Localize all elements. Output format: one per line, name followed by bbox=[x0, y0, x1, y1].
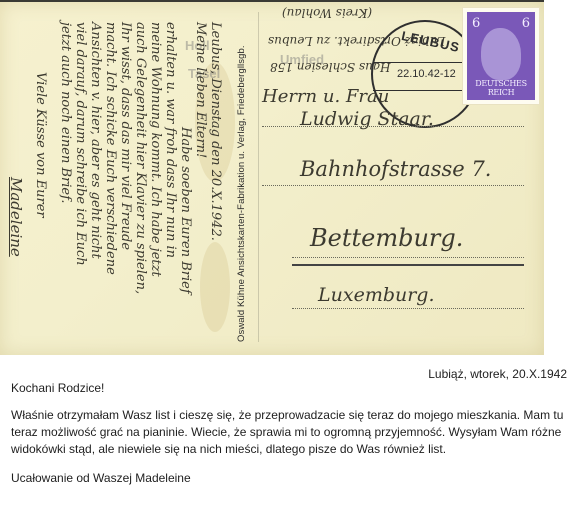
stamp-text: DEUTSCHES REICH bbox=[467, 79, 535, 97]
letter-line: erhalten u. war froh dass Ihr nun in bbox=[163, 22, 178, 258]
letter-line: Ansichten v. hier, aber es geht nicht bbox=[88, 22, 103, 259]
sender-note-line: (Kreis Wohlau) bbox=[282, 6, 372, 20]
transcription-signature: Ucałowanie od Waszej Madeleine bbox=[11, 470, 191, 487]
letter-line: viel darauf, darum schreibe ich Euch bbox=[73, 22, 88, 266]
postmark-band bbox=[373, 62, 477, 63]
page-margin bbox=[544, 0, 579, 353]
letter-signature: Madeleine bbox=[7, 177, 25, 257]
stamp-value: 6 bbox=[522, 16, 530, 31]
transcription-body: Właśnie otrzymałam Wasz list i cieszę si… bbox=[11, 407, 571, 458]
card-divider bbox=[258, 12, 259, 342]
address-line-1: Herrn u. Frau bbox=[262, 86, 389, 107]
address-rule bbox=[292, 308, 524, 309]
letter-line: jetzt auch noch einen Brief. bbox=[58, 22, 73, 204]
stamp-portrait-icon bbox=[481, 28, 521, 80]
letter-line: Leubus, Dienstag den 20.X.1942. bbox=[208, 22, 223, 241]
letter-line: Viele Küsse von Eurer bbox=[33, 72, 48, 218]
address-line-3: Bahnhofstrasse 7. bbox=[300, 157, 491, 181]
address-line-4: Bettemburg. bbox=[310, 224, 463, 252]
stamp-face: 6 6 DEUTSCHES REICH bbox=[467, 12, 535, 100]
address-line-5: Luxemburg. bbox=[318, 284, 435, 306]
transcription-date: Lubiąż, wtorek, 20.X.1942 bbox=[428, 366, 567, 383]
stamp-value: 6 bbox=[472, 16, 480, 31]
address-underline bbox=[292, 264, 524, 266]
postage-stamp: 6 6 DEUTSCHES REICH bbox=[463, 8, 539, 104]
address-rule bbox=[292, 257, 524, 258]
transcription-greeting: Kochani Rodzice! bbox=[11, 380, 104, 397]
letter-line: auch Gelegenheit hier Klavier zu spielen… bbox=[133, 22, 148, 294]
postmark-city: LEUBUS bbox=[400, 28, 461, 55]
letter-line: Ihr wisst, dass das mir viel Freude bbox=[118, 22, 133, 250]
address-rule bbox=[262, 185, 524, 186]
postmark-date: 22.10.42-12 bbox=[397, 68, 456, 80]
postcard-scan: Holl Umfied Tasel Leubus, Dienstag den 2… bbox=[0, 0, 544, 355]
letter-line: Habe soeben Euren Brief bbox=[178, 127, 193, 294]
letter-line: macht. Ich schicke Euch verschiedene bbox=[103, 22, 118, 275]
letter-line: Meine lieben Eltern! bbox=[193, 22, 208, 158]
publisher-imprint: Oswald Kühne Ansichtskarten-Fabrikation … bbox=[236, 45, 247, 342]
handwritten-letter: Leubus, Dienstag den 20.X.1942. Meine li… bbox=[10, 12, 230, 347]
address-line-2: Ludwig Staar. bbox=[300, 108, 434, 130]
letter-line: meine Wohnung kommt. Ich habe jetzt bbox=[148, 22, 163, 277]
